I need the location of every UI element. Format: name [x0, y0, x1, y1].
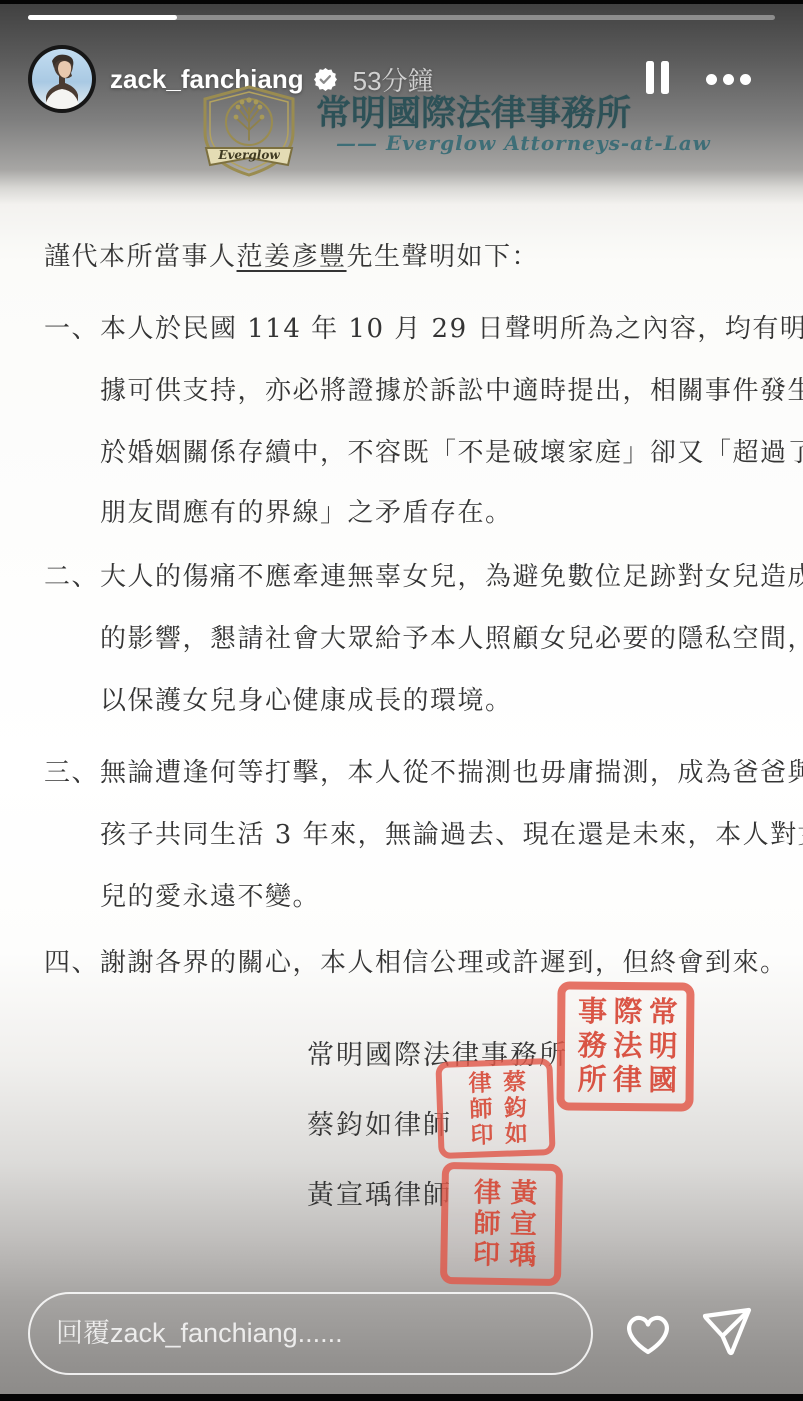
statement-line: 孩子共同生活 3 年來，無論過去、現在還是未來，本人對女 [100, 814, 803, 851]
reply-input[interactable] [28, 1292, 593, 1375]
firm-name-en: —— Everglow Attorneys-at-Law [336, 131, 711, 155]
client-name: 范姜彥豐 [237, 242, 347, 272]
signature-lawyer-2: 黃宣瑀律師 [307, 1173, 452, 1212]
statement-line: 大人的傷痛不應牽連無辜女兒，為避免數位足跡對女兒造成 [100, 556, 803, 593]
share-paper-plane-icon [701, 1306, 753, 1358]
avatar-photo [32, 49, 92, 109]
firm-seal-stamp: 常明國際法律事務所 [556, 981, 694, 1111]
item-2-marker: 二、 [44, 556, 99, 593]
statement-line: 兒的愛永遠不變。 [100, 876, 320, 913]
share-button[interactable] [701, 1306, 753, 1363]
firm-logo: Everglow [196, 84, 302, 179]
top-letterbox [0, 0, 803, 4]
statement-line: 以保護女兒身心健康成長的環境。 [100, 680, 513, 717]
statement-line: 於婚姻關係存續中，不容既「不是破壞家庭」卻又「超過了 [100, 432, 803, 469]
firm-name-zh: 常明國際法律事務所 [316, 86, 636, 136]
statement-line: 無論遭逢何等打擊，本人從不揣測也毋庸揣測，成為爸爸與 [100, 752, 803, 789]
statement-line: 謝謝各界的關心，本人相信公理或許遲到，但終會到來。 [100, 942, 788, 979]
lawyer-2-seal-stamp: 黃宣瑀律師印 [440, 1162, 563, 1286]
statement-line: 本人於民國 114 年 10 月 29 日聲明所為之內容，均有明確證 [100, 308, 803, 345]
pause-button[interactable] [646, 61, 672, 94]
story-progress-bar [28, 15, 775, 20]
item-3-marker: 三、 [44, 752, 99, 789]
item-1-marker: 一、 [44, 308, 99, 345]
heart-icon [622, 1310, 674, 1356]
statement-line: 據可供支持，亦必將證據於訴訟中適時提出，相關事件發生 [100, 370, 803, 407]
statement-line: 的影響，懇請社會大眾給予本人照顧女兒必要的隱私空間， [100, 618, 803, 655]
lawyer-1-seal-stamp: 蔡鈞如律師印 [435, 1058, 555, 1159]
avatar[interactable] [28, 45, 96, 113]
item-4-marker: 四、 [44, 942, 99, 979]
like-button[interactable] [622, 1310, 674, 1361]
bottom-letterbox [0, 1394, 803, 1401]
more-options-button[interactable] [706, 73, 754, 85]
story-progress-fill [28, 15, 177, 20]
logo-banner-text: Everglow [217, 148, 280, 162]
instagram-story-screen: zack_fanchiang 53分鐘 Everglow 常明國際法律事務 [0, 0, 803, 1401]
signature-lawyer-1: 蔡鈞如律師 [307, 1103, 452, 1142]
statement-intro: 謹代本所當事人范姜彥豐先生聲明如下： [44, 236, 539, 273]
statement-line: 朋友間應有的界線」之矛盾存在。 [100, 492, 513, 529]
